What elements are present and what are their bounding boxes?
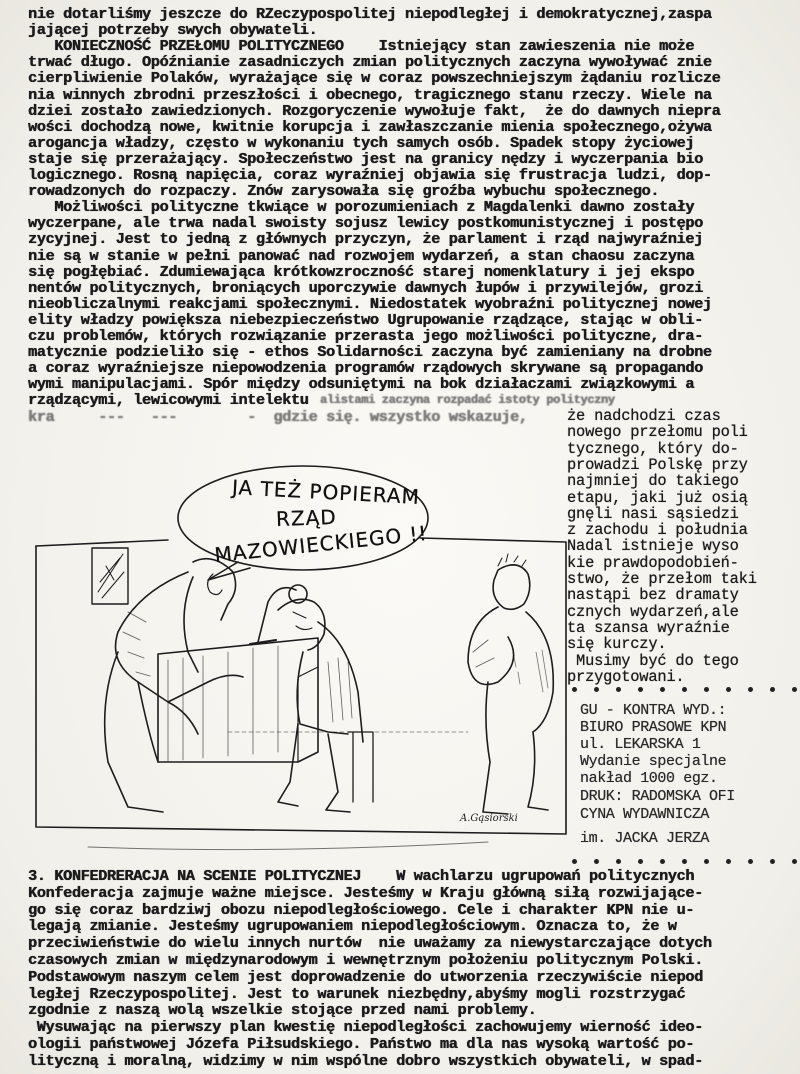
side-text-line: najmniej do takiego — [567, 473, 739, 490]
side-text-line: etapu, jaki już osią — [567, 490, 748, 507]
text-line: zgodnie z naszą wolą wszelkie stojące pr… — [28, 1002, 536, 1019]
colophon-line: Wydanie specjalne — [580, 753, 726, 770]
colophon-line: GU - KONTRA WYD.: — [580, 702, 726, 719]
dot-separator — [572, 685, 797, 693]
text-line: lityczną i moralną, widzimy w nim wspóln… — [28, 1053, 703, 1070]
text-line: Wysuwając na pierwszy plan kwestię niepo… — [28, 1019, 703, 1036]
side-text-line: się kurczy. — [567, 636, 666, 653]
political-cartoon: JA TEŻ POPIERAM RZĄD MAZOWIECKIEGO !! — [28, 462, 573, 862]
text-line: zycyjnej. Jest to jedną z głównych przyc… — [28, 231, 703, 248]
colophon-line: nakład 1000 egz. — [580, 770, 718, 787]
text-line: Podstawowym naszym celem jest doprowadze… — [28, 969, 703, 986]
print-line: DRUK: RADOMSKA OFI — [580, 788, 735, 805]
text-line: przeciwieństwie do wielu innych nurtów n… — [28, 935, 712, 952]
text-line: legają zmianie. Jesteśmy ugrupowaniem ni… — [28, 918, 677, 935]
dedication: im. JACKA JERZA — [580, 830, 709, 847]
text-line: Konfederacja zajmuje ważne miejsce. Jest… — [28, 885, 703, 902]
text-line: go się coraz bardziwj obozu niepodległoś… — [28, 902, 694, 919]
text-line: ległej Rzeczypospolitej. Jest to warunek… — [28, 986, 685, 1003]
text-line: 3. KONFEDRERACJA NA SCENIE POLITYCZNEJ W… — [28, 868, 694, 885]
text-line: rządzącymi, lewicowymi intelektu — [28, 392, 308, 409]
scanned-page: nie dotarliśmy jeszcze do RZeczypospolit… — [0, 0, 800, 1074]
text-line: nia winnych zbrodni przeszłości i obecne… — [28, 87, 712, 104]
colophon-line: ul. LEKARSKA 1 — [580, 736, 700, 753]
text-line: cierpliwienie Polaków, wyrażające się w … — [28, 70, 720, 87]
side-text-line: przygotowani. — [567, 669, 684, 686]
side-text-line: Musimy być do tego — [567, 653, 739, 670]
cartoon-signature: A.Gąsiorski — [460, 813, 518, 824]
side-text-line: nowego przełomu poli — [567, 424, 748, 441]
text-line: ologii państwowej Józefa Piłsudskiego. P… — [28, 1036, 694, 1053]
garbled-line: kra --- --- - gdzie się. wszystko wskazu… — [28, 409, 528, 426]
speech-bubble-line: RZĄD — [276, 505, 337, 531]
print-line: CYNA WYDAWNICZA — [580, 806, 709, 823]
side-text-line: nastąpi bez dramaty — [567, 587, 739, 604]
text-line: czasowych zmian w międzynarodowym i wewn… — [28, 952, 703, 969]
side-text-line: Nadal istnieje wyso — [567, 538, 739, 555]
dot-separator — [572, 857, 797, 865]
colophon-line: BIURO PRASOWE KPN — [580, 719, 726, 736]
text-line: nie są w stanie w pełni panować nad rozw… — [28, 248, 694, 265]
